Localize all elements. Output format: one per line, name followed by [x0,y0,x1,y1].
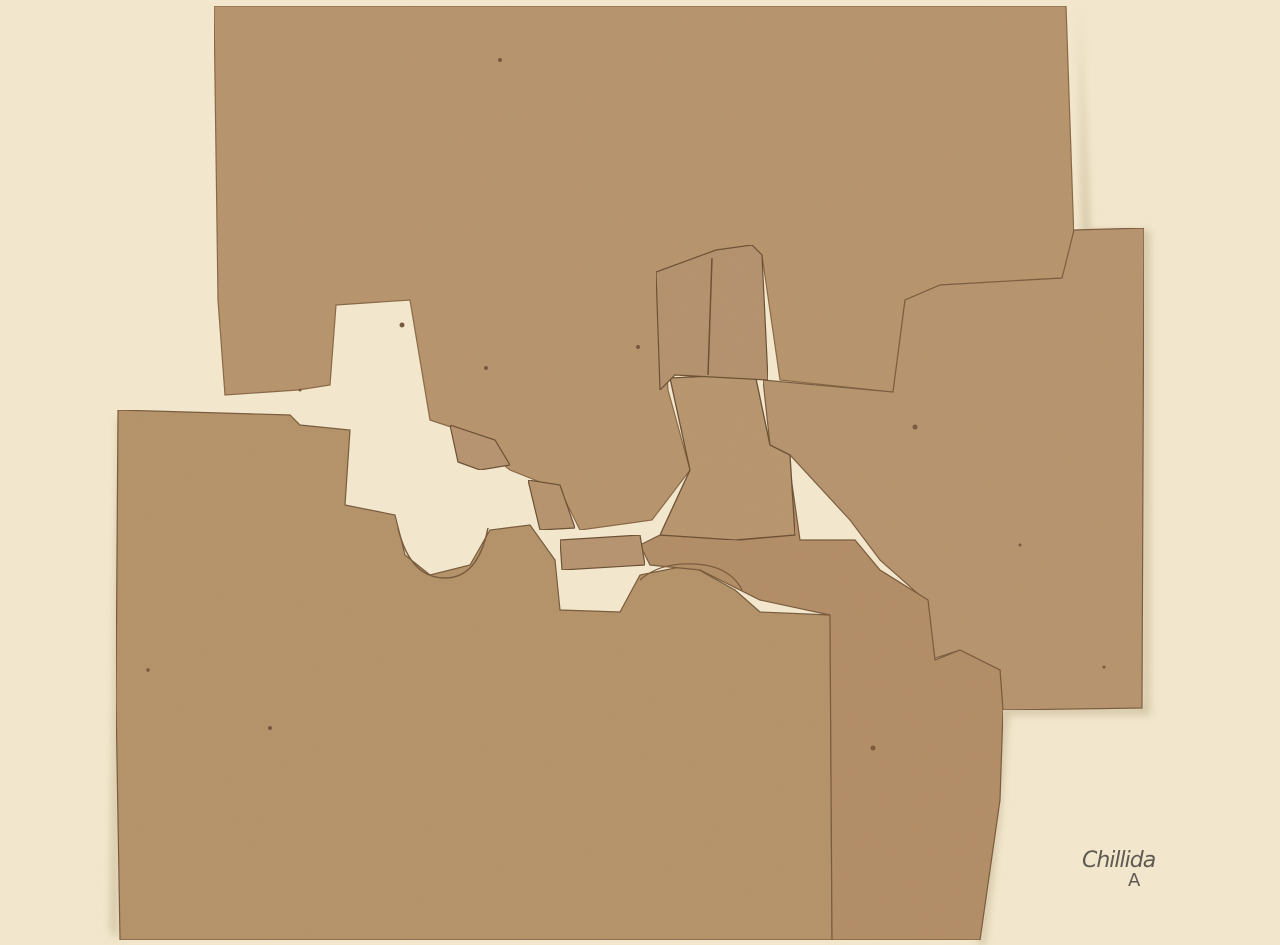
artist-signature: Chillida [1082,848,1155,873]
collage [0,0,1280,945]
signature-mark: A [1128,870,1140,891]
paper-piece-center-c [560,535,645,570]
artwork-canvas: Chillida A [0,0,1280,945]
